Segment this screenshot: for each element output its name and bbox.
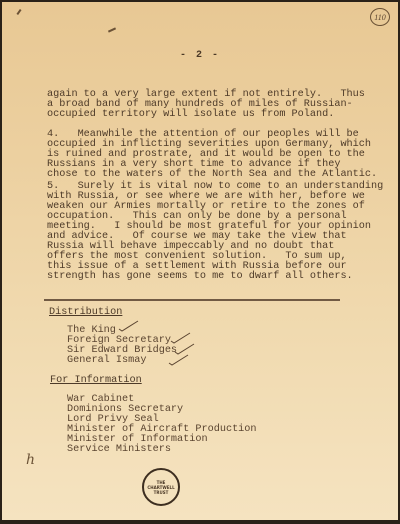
stamp-line: TRUST [154, 490, 169, 495]
checkmark-icon [168, 354, 190, 366]
information-item: Service Ministers [67, 445, 257, 455]
for-information-list: War Cabinet Dominions Secretary Lord Pri… [67, 395, 257, 455]
distribution-heading: Distribution [49, 307, 122, 318]
paragraph-5: 5. Surely it is vital now to come to an … [47, 182, 367, 282]
handwritten-initial: h [26, 452, 35, 468]
paragraph-4: 4. Meanwhile the attention of our people… [47, 130, 367, 180]
for-information-heading: For Information [50, 375, 142, 386]
folio-number: 110 [370, 8, 390, 26]
ink-mark [16, 9, 21, 15]
distribution-list: The King Foreign Secretary Sir Edward Br… [67, 326, 177, 366]
archive-stamp: THE CHARTWELL TRUST [142, 468, 180, 506]
distribution-item: General Ismay [67, 356, 177, 366]
divider-rule [44, 299, 340, 301]
ink-mark [108, 27, 116, 32]
paragraph-continuation: again to a very large extent if not enti… [47, 90, 367, 120]
page-number: - 2 - [2, 50, 398, 61]
document-page: 110 - 2 - again to a very large extent i… [2, 2, 398, 520]
checkmark-icon [118, 320, 140, 332]
